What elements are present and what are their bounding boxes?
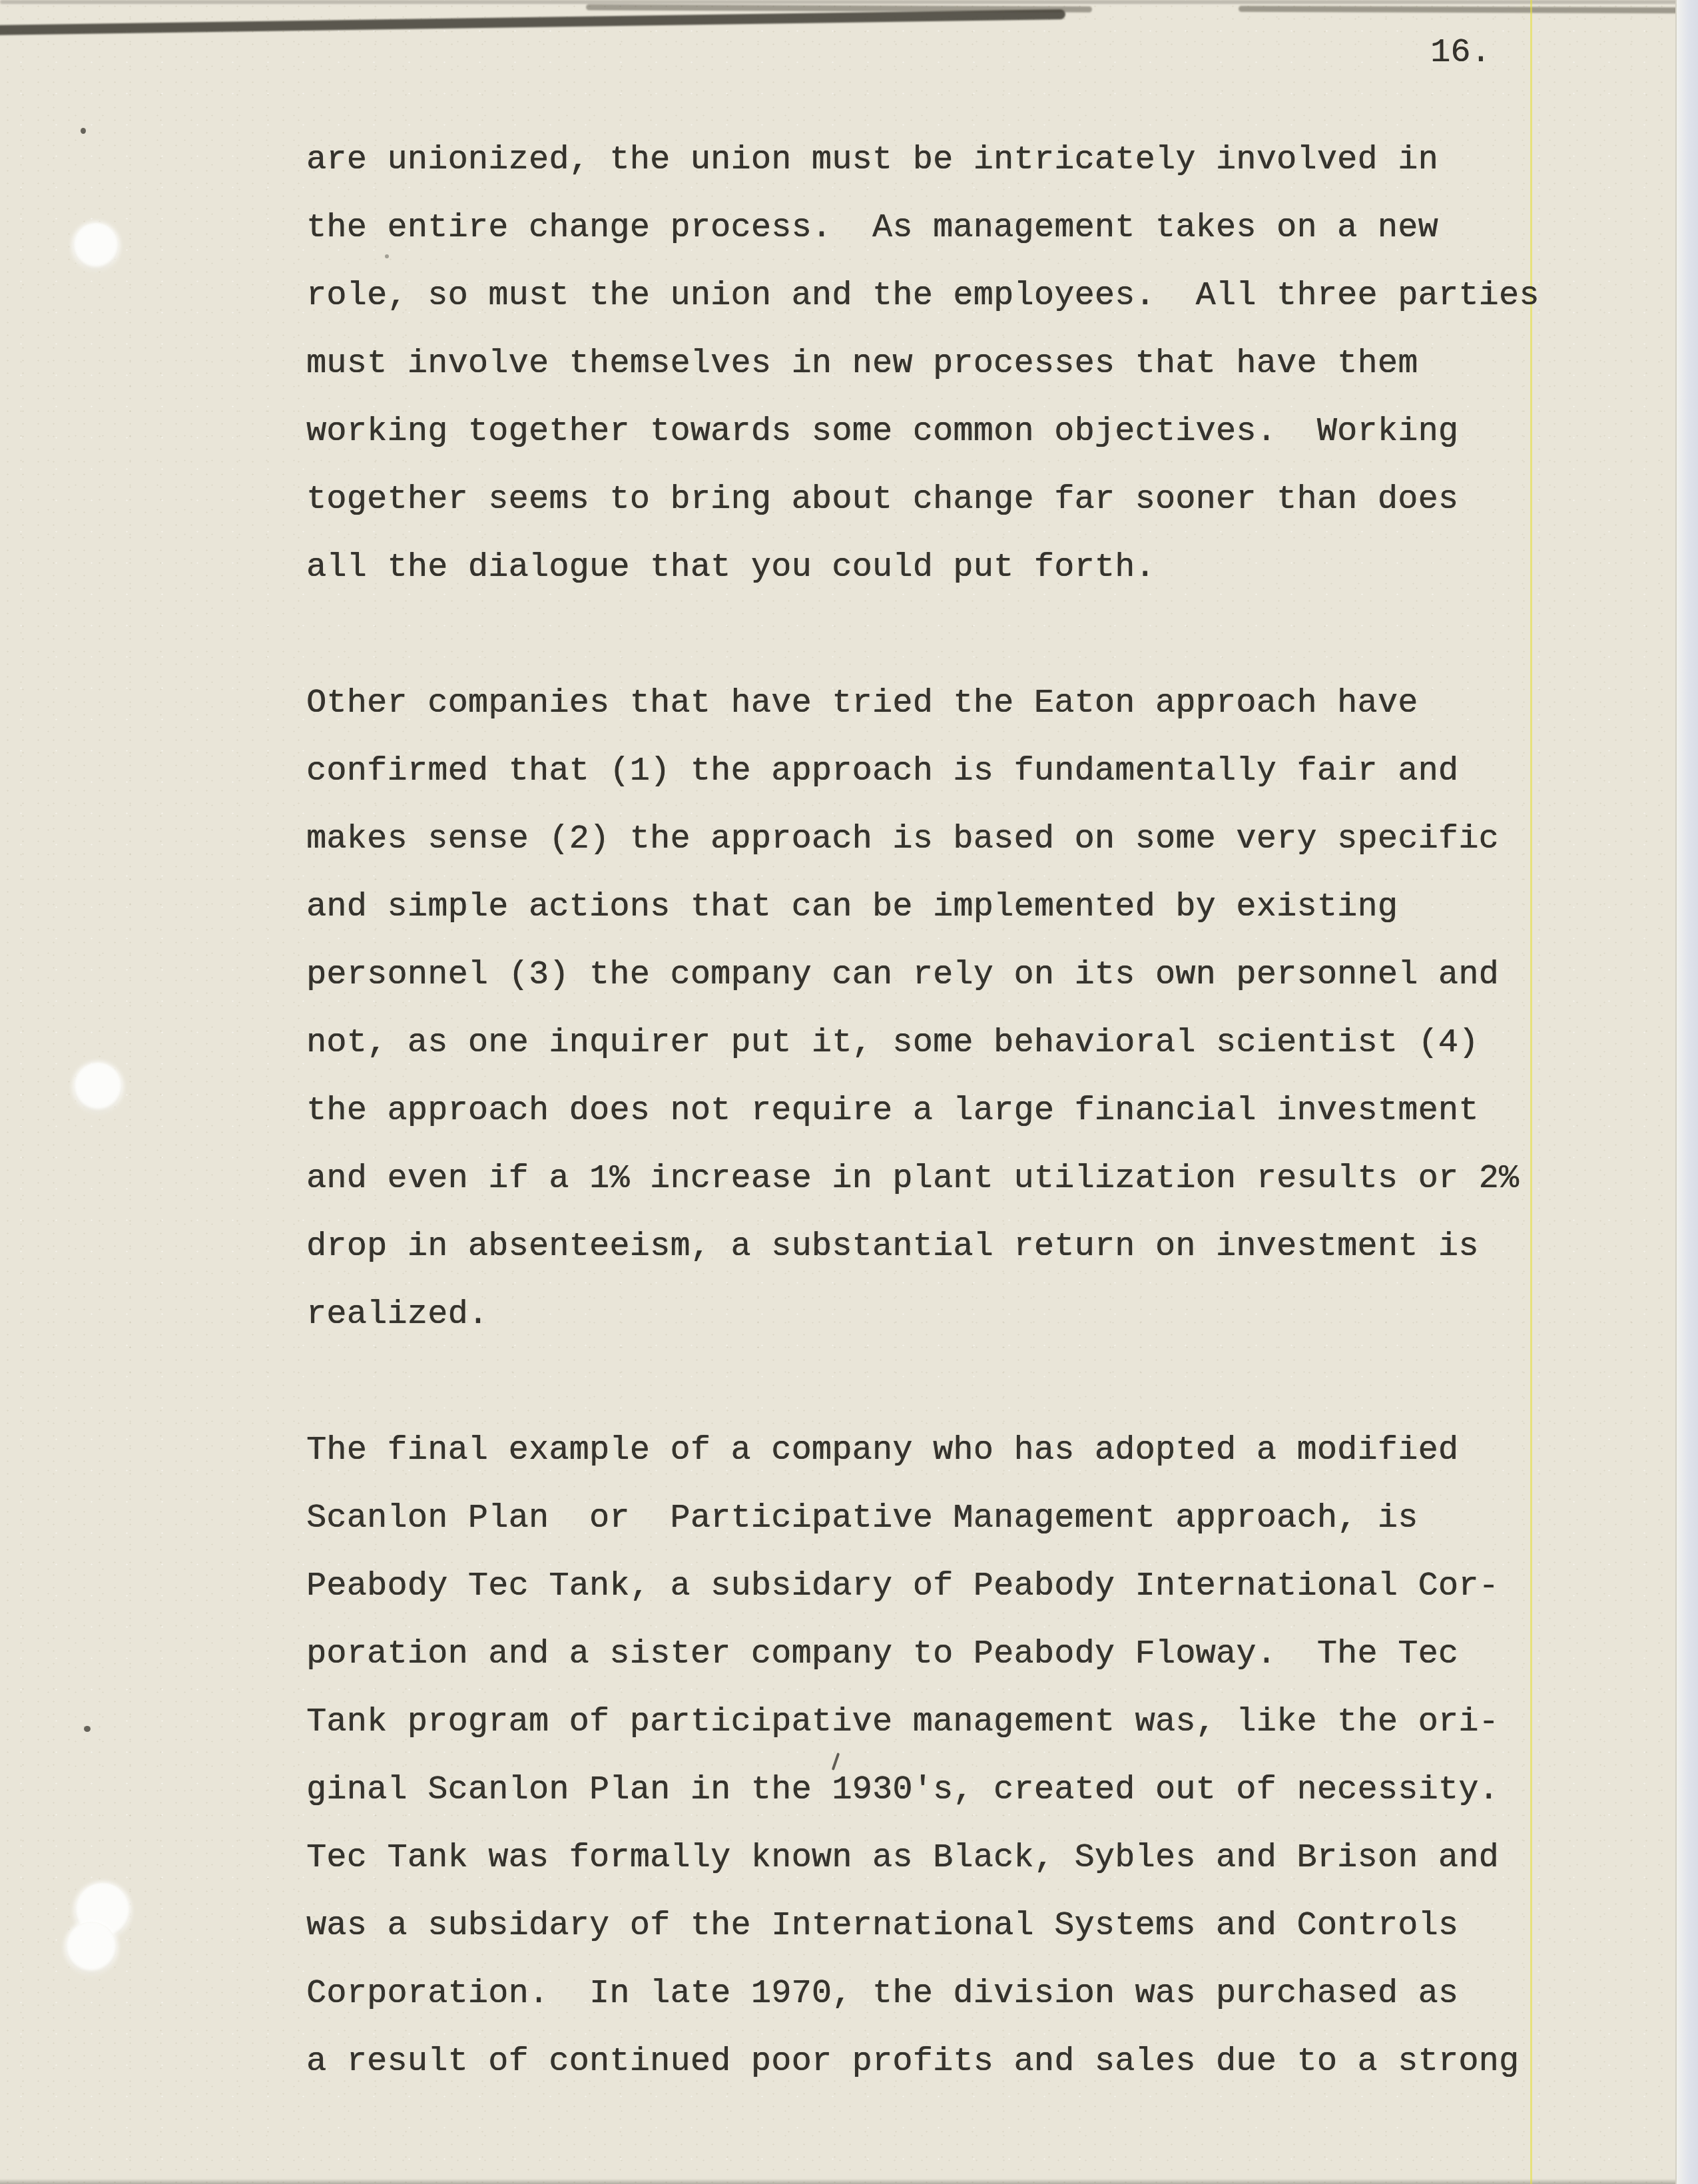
text-line: the entire change process. As management… <box>306 194 1540 262</box>
text-line: personnel (3) the company can rely on it… <box>306 942 1540 1009</box>
text-line: makes sense (2) the approach is based on… <box>306 806 1540 874</box>
scan-top-streak <box>1239 6 1698 13</box>
text-line: Peabody Tec Tank, a subsidary of Peabody… <box>306 1553 1540 1621</box>
hole-punch-middle <box>74 1063 122 1111</box>
text-line: was a subsidary of the International Sys… <box>306 1892 1540 1960</box>
scanned-page: { "page": { "number_label": "16.", "para… <box>0 0 1698 2184</box>
scan-top-streak <box>586 4 1092 12</box>
scan-bottom-edge-shading <box>0 2179 1698 2184</box>
text-line: Corporation. In late 1970, the division … <box>306 1960 1540 2028</box>
paragraph: Other companies that have tried the Eato… <box>306 670 1540 1349</box>
text-line: not, as one inquirer put it, some behavi… <box>306 1009 1540 1077</box>
ink-speck <box>84 1726 91 1732</box>
text-line: are unionized, the union must be intrica… <box>306 127 1540 194</box>
text-line: a result of continued poor profits and s… <box>306 2028 1540 2096</box>
document-text: are unionized, the union must be intrica… <box>306 127 1540 2164</box>
hole-punch-bottom-lower <box>66 1922 117 1972</box>
text-line: The final example of a company who has a… <box>306 1417 1540 1485</box>
text-line: the approach does not require a large fi… <box>306 1077 1540 1145</box>
text-line: Tec Tank was formally known as Black, Sy… <box>306 1824 1540 1892</box>
text-line: together seems to bring about change far… <box>306 466 1540 534</box>
hole-punch-top <box>73 223 119 268</box>
text-line: and simple actions that can be implement… <box>306 874 1540 942</box>
text-line: role, so must the union and the employee… <box>306 262 1540 330</box>
scanner-edge-strip <box>1675 0 1698 2184</box>
text-line: ginal Scanlon Plan in the 1930's, create… <box>306 1757 1540 1824</box>
text-line: must involve themselves in new processes… <box>306 330 1540 398</box>
text-line: all the dialogue that you could put fort… <box>306 534 1540 602</box>
paragraph: The final example of a company who has a… <box>306 1417 1540 2096</box>
text-line: Other companies that have tried the Eato… <box>306 670 1540 738</box>
text-line: realized. <box>306 1281 1540 1349</box>
text-line: poration and a sister company to Peabody… <box>306 1621 1540 1689</box>
text-line: and even if a 1% increase in plant utili… <box>306 1145 1540 1213</box>
text-line: Tank program of participative management… <box>306 1689 1540 1757</box>
text-line: working together towards some common obj… <box>306 398 1540 466</box>
text-line: drop in absenteeism, a substantial retur… <box>306 1213 1540 1281</box>
paragraph: are unionized, the union must be intrica… <box>306 127 1540 602</box>
scan-top-streak <box>0 9 1065 35</box>
text-line: confirmed that (1) the approach is funda… <box>306 738 1540 806</box>
ink-speck <box>81 128 86 134</box>
text-line: Scanlon Plan or Participative Management… <box>306 1485 1540 1553</box>
page-number: 16. <box>1430 35 1491 72</box>
scan-top-edge-shading <box>0 0 1698 4</box>
